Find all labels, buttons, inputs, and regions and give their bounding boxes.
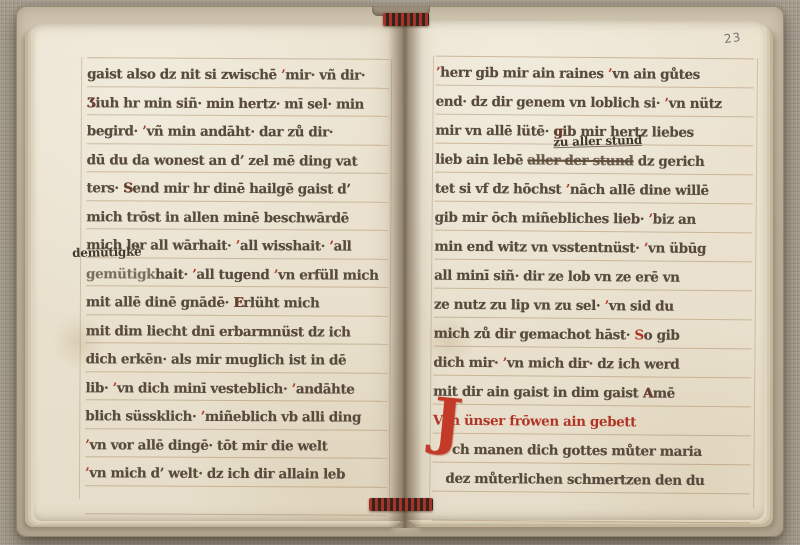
manuscript-line: mit dim liecht dnī erbarmnüst dz ich xyxy=(86,315,388,345)
text-segment: tet si vf dz hōchst xyxy=(435,181,566,198)
manuscript-line: mit dir ain gaist in dim gaist Amē xyxy=(433,376,751,408)
endband-top xyxy=(383,13,429,26)
text-segment: end mir hr dinē hailgē gaist d’ xyxy=(132,180,350,197)
text-segment: biz an xyxy=(653,212,696,228)
left-page: gaist also dz nit si zwischē ’mir· vñ di… xyxy=(34,24,404,521)
text-segment: vñ min andāht· dar zů dir· xyxy=(146,124,333,141)
text-segment: begird· xyxy=(87,123,142,139)
right-margin-rule xyxy=(753,58,758,508)
text-segment: andāhte xyxy=(296,381,355,397)
manuscript-line: gib mir ōch miñebliches lieb· ’biz an xyxy=(435,202,753,234)
text-segment: dū du da wonest an d’ zel mē ding vat xyxy=(87,152,358,169)
text-segment: vn sid du xyxy=(609,298,674,315)
text-segment: gaist also dz nit si zwischē xyxy=(87,66,281,83)
open-book: gaist also dz nit si zwischē ’mir· vñ di… xyxy=(16,6,784,537)
text-segment: iuh hr min siñ· min hertz· mī sel· min xyxy=(95,95,364,112)
manuscript-line: tet si vf dz hōchst ’nāch allē dine will… xyxy=(435,173,753,205)
text-segment: Von ünser frōwen ain gebett xyxy=(433,413,636,431)
text-segment: mit dim liecht dnī erbarmnüst dz ich xyxy=(86,323,351,340)
manuscript-line: ch manen dich gottes můter maria xyxy=(432,434,750,466)
text-segment: mir· vñ dir· xyxy=(285,67,365,83)
left-margin-rule xyxy=(79,57,82,499)
text-segment: dich mir· xyxy=(433,355,502,372)
manuscript-line: dich erkēn· als mir muglich ist in dē xyxy=(86,343,388,373)
right-text-block: ’herr gib mir ain raines ’vn ain gůtesen… xyxy=(432,56,754,524)
text-segment: mir vn allē lütē· xyxy=(435,123,553,140)
text-segment: end· dz dir genem vn loblich si· xyxy=(436,94,665,112)
manuscript-line: ze nutz zu lip vn zu sel· ’vn sid du xyxy=(434,289,752,321)
folio-number: 23 xyxy=(723,30,742,46)
text-segment: mē xyxy=(653,386,675,402)
interlinear-correction: zu aller stund xyxy=(553,133,642,149)
text-segment: lieb ain lebē xyxy=(435,152,527,169)
manuscript-line xyxy=(432,492,750,524)
text-segment: nāch allē dine willē xyxy=(570,182,709,199)
manuscript-line: dū du da wonest an d’ zel mē ding vat xyxy=(87,144,389,174)
text-segment: all wisshait· xyxy=(240,238,329,254)
manuscript-line: dich mir· ’vn mich dir· dz ich werd xyxy=(433,347,751,379)
manuscript-line: lieb ain lebē aller der stund dz gerich xyxy=(435,144,753,176)
manuscript-line: mich zů dir gemachot hāst· So gib xyxy=(433,318,751,350)
text-segment: dz gerich xyxy=(633,153,704,170)
text-segment: vn nütz xyxy=(669,96,722,112)
manuscript-line: Ʒiuh hr min siñ· min hertz· mī sel· min xyxy=(87,87,389,117)
manuscript-line: ’vn mich d’ welt· dz ich dir allain leb xyxy=(85,457,387,487)
text-segment: dez můterlichen schmertzen den du xyxy=(432,471,704,489)
rubricated-initial: J xyxy=(430,389,465,454)
manuscript-line: min end witz vn vsstentnüst· ’vn übūg xyxy=(434,231,752,263)
text-segment: ze nutz zu lip vn zu sel· xyxy=(434,297,605,314)
text-segment: gib mir ōch miñebliches lieb· xyxy=(435,210,649,228)
text-segment: min end witz vn vsstentnüst· xyxy=(434,239,644,257)
text-segment: mit allē dinē gnādē· xyxy=(86,294,233,311)
manuscript-line: mit allē dinē gnādē· Erlüht mich xyxy=(86,286,388,316)
manuscript-line: ters· Send mir hr dinē hailgē gaist d’ xyxy=(86,172,388,202)
manuscript-line: end· dz dir genem vn loblich si· ’vn nüt… xyxy=(436,86,754,118)
text-segment: dich erkēn· als mir muglich ist in dē xyxy=(86,351,347,368)
text-segment: S xyxy=(123,180,132,196)
text-segment: blich süssklich· xyxy=(85,408,200,425)
text-segment: ters· xyxy=(86,180,123,196)
text-segment: vn übūg xyxy=(648,240,706,257)
manuscript-line: ’herr gib mir ain raines ’vn ain gůtes xyxy=(436,57,754,89)
text-segment: o gib xyxy=(644,327,680,343)
manuscript-line: dez můterlichen schmertzen den du xyxy=(432,463,750,495)
text-segment: all minī siñ· dir ze lob vn ze erē vn xyxy=(434,268,680,286)
text-segment: ch manen dich gottes můter maria xyxy=(433,442,702,460)
text-segment: S xyxy=(634,327,643,343)
text-segment: mich trōst in allen minē beschwārdē xyxy=(86,209,349,226)
manuscript-line: ’vn vor allē dingē· tōt mir die welt xyxy=(85,429,387,459)
text-segment: A xyxy=(643,385,653,401)
text-segment: rlüht mich xyxy=(243,295,319,311)
manuscript-line: blich süssklich· ’miñeblich vb alli ding xyxy=(85,400,387,430)
text-segment: all tugend xyxy=(196,266,273,282)
right-page: 23 ’herr gib mir ain raines ’vn ain gůte… xyxy=(406,21,764,520)
text-segment: hait· xyxy=(155,266,192,282)
manuscript-line: all minī siñ· dir ze lob vn ze erē vn xyxy=(434,260,752,292)
text-segment: gemütigk xyxy=(86,266,155,282)
photo-of-manuscript: gaist also dz nit si zwischē ’mir· vñ di… xyxy=(0,0,800,545)
manuscript-line: gemütigkhait· ’all tugend ’vn erfüll mic… xyxy=(86,258,388,288)
right-margin-rule xyxy=(389,59,392,501)
right-page-lines: ’herr gib mir ain raines ’vn ain gůtesen… xyxy=(432,57,754,524)
text-segment: vn vor allē dingē· tōt mir die welt xyxy=(89,437,327,454)
text-segment: vn mich dir· dz ich werd xyxy=(507,355,680,373)
manuscript-line: lib· ’vn dich minī vesteblich· ’andāhte xyxy=(85,372,387,402)
interlinear-correction: demütigkē xyxy=(72,245,141,260)
text-segment: mich zů dir gemachot hāst· xyxy=(434,326,635,344)
text-segment: E xyxy=(233,295,243,311)
text-segment: vn mich d’ welt· dz ich dir allain leb xyxy=(89,465,345,482)
text-segment: herr gib mir ain raines xyxy=(440,65,608,82)
text-segment: vn dich minī vesteblich· xyxy=(117,380,292,397)
manuscript-line: Von ünser frōwen ain gebett xyxy=(433,405,751,437)
manuscript-line: mich trōst in allen minē beschwārdē xyxy=(86,201,388,231)
text-segment: aller der stund xyxy=(527,152,633,169)
text-segment: all xyxy=(334,239,352,255)
text-segment: vn erfüll mich xyxy=(278,267,379,284)
endband-bottom xyxy=(369,498,433,511)
text-segment: miñeblich vb alli ding xyxy=(205,409,361,426)
text-segment: vn ain gůtes xyxy=(612,66,700,83)
text-segment: lib· xyxy=(85,380,112,396)
manuscript-line: gaist also dz nit si zwischē ’mir· vñ di… xyxy=(87,58,389,88)
left-text-block: gaist also dz nit si zwischē ’mir· vñ di… xyxy=(85,57,389,516)
manuscript-line: begird· ’vñ min andāht· dar zů dir· xyxy=(87,115,389,145)
left-page-lines: gaist also dz nit si zwischē ’mir· vñ di… xyxy=(85,58,389,516)
manuscript-line xyxy=(85,486,387,516)
